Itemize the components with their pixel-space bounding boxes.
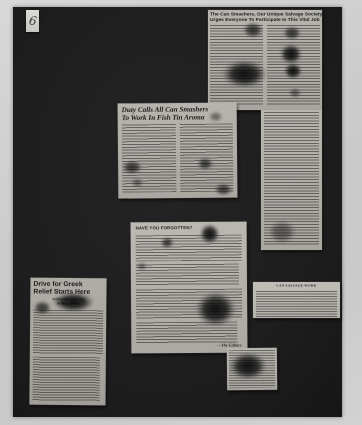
ink-stain	[200, 224, 220, 244]
body-text	[136, 264, 239, 287]
clipping-have-you-forgotten: HAVE YOU FORGOTTEN? —The Editors	[131, 222, 248, 354]
headline: HAVE YOU FORGOTTEN?	[136, 226, 242, 234]
ink-stain	[33, 301, 51, 315]
page-number-label: 6	[26, 10, 39, 32]
ink-stain	[289, 88, 301, 98]
body-text	[136, 235, 242, 262]
ink-stain	[197, 158, 213, 170]
ink-stain	[222, 60, 267, 88]
headline-text: CAN SALVAGE WORK	[256, 284, 337, 287]
scrapbook-photo: 6 The Can Smashers, Our Unique Salvage S…	[0, 0, 362, 425]
clipping-stained-fragment	[227, 348, 277, 391]
headline: The Can Smashers, Our Unique Salvage Soc…	[210, 12, 320, 25]
headline-text: HAVE YOU FORGOTTEN?	[136, 226, 242, 231]
clipping-can-smashers-society-column	[261, 110, 322, 250]
headline: CAN SALVAGE WORK	[256, 284, 337, 289]
handwritten-mark: 6	[28, 14, 38, 29]
ink-stain	[214, 184, 232, 196]
body-text	[122, 124, 176, 192]
headline-line-1: The Can Smashers, Our Unique Salvage Soc…	[210, 12, 320, 17]
ink-stain	[268, 220, 296, 244]
body-text	[256, 291, 337, 317]
clipping-can-smashers-society: The Can Smashers, Our Unique Salvage Soc…	[208, 10, 322, 110]
clipping-duty-calls: Duty Calls All Can Smashers To Work In F…	[118, 102, 238, 198]
album-page: 6 The Can Smashers, Our Unique Salvage S…	[13, 7, 342, 417]
editorial-signature: —The Editors	[217, 343, 242, 348]
ink-stain	[161, 237, 174, 248]
ink-stain	[243, 22, 263, 38]
ink-stain	[283, 26, 301, 40]
ink-stain	[137, 262, 147, 270]
ink-stain	[284, 63, 302, 79]
ink-stain	[122, 160, 142, 174]
ink-stain	[52, 292, 94, 312]
body-text	[33, 310, 103, 355]
body-text	[32, 357, 100, 402]
ink-stain	[280, 44, 302, 64]
clipping-greek-relief: Drive for Greek Relief Starts Here Colle…	[29, 278, 106, 406]
clipping-can-salvage-work: CAN SALVAGE WORK	[253, 282, 340, 318]
ink-stain	[209, 112, 223, 122]
headline-line-2: Urges Everyone To Participate In This Vi…	[210, 17, 320, 22]
ink-stain	[131, 178, 143, 187]
